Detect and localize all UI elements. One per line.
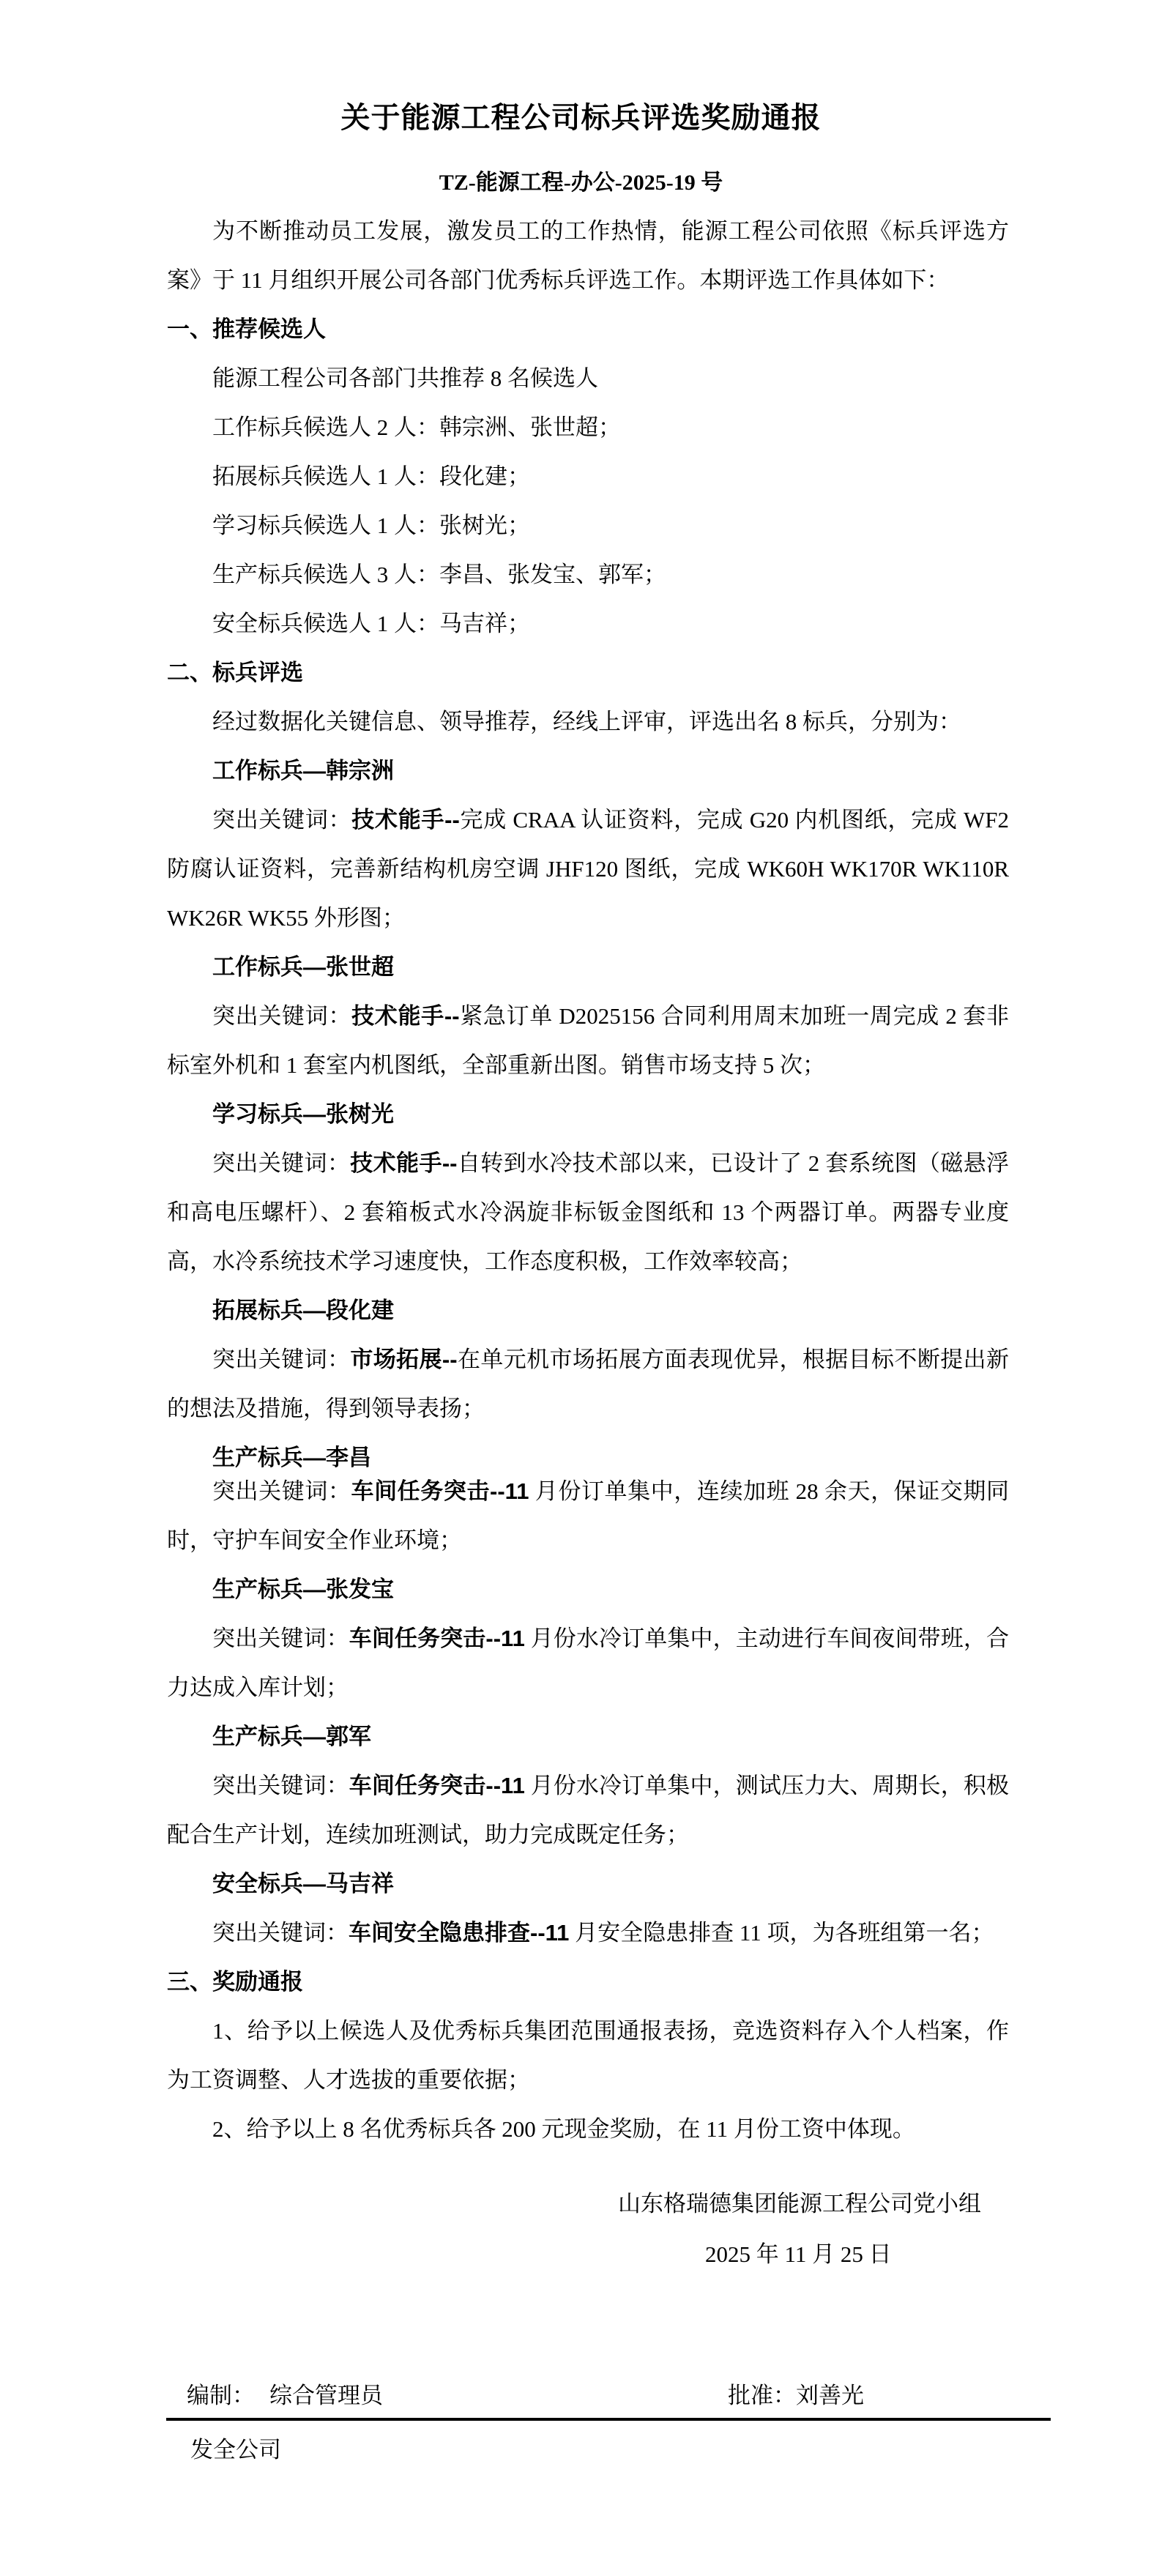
reward-item: 2、给予以上 8 名优秀标兵各 200 元现金奖励，在 11 月份工资中体现。 bbox=[167, 2104, 1009, 2154]
approved-by-name: 刘善光 bbox=[796, 2383, 864, 2408]
approved-by-label: 批准： bbox=[728, 2383, 796, 2408]
keyword-bold: 车间任务突击--11 bbox=[349, 1773, 525, 1798]
candidate-item: 生产标兵候选人 3 人：李昌、张发宝、郭军； bbox=[167, 550, 1009, 599]
prepared-by-name: 综合管理员 bbox=[269, 2381, 383, 2411]
intro-paragraph: 为不断推动员工发展，激发员工的工作热情，能源工程公司依照《标兵评选方案》于 11… bbox=[167, 206, 1009, 305]
awardee-heading: 生产标兵—张发宝 bbox=[167, 1565, 1009, 1614]
awardee-keywords: 突出关键词：市场拓展--在单元机市场拓展方面表现优异，根据目标不断提出新的想法及… bbox=[167, 1335, 1009, 1433]
awardee-keywords: 突出关键词：车间任务突击--11 月份水冷订单集中，测试压力大、周期长，积极配合… bbox=[167, 1761, 1009, 1859]
document-page: 关于能源工程公司标兵评选奖励通报 TZ-能源工程-办公-2025-19 号 为不… bbox=[0, 0, 1162, 2576]
awardee-heading: 生产标兵—郭军 bbox=[167, 1712, 1009, 1761]
keyword-bold: 技术能手-- bbox=[351, 1003, 459, 1029]
footer-divider bbox=[166, 2418, 1051, 2421]
awardee-heading: 工作标兵—韩宗洲 bbox=[167, 746, 1009, 795]
section-3-heading: 三、奖励通报 bbox=[167, 1957, 1009, 2006]
approved-by: 批准：刘善光 bbox=[728, 2381, 864, 2411]
awardee-keywords: 突出关键词：技术能手--完成 CRAA 认证资料，完成 G20 内机图纸，完成 … bbox=[167, 795, 1009, 942]
keyword-lead: 突出关键词： bbox=[212, 1478, 351, 1504]
keyword-lead: 突出关键词： bbox=[212, 807, 351, 833]
document-body: 为不断推动员工发展，激发员工的工作热情，能源工程公司依照《标兵评选方案》于 11… bbox=[167, 206, 1009, 2154]
keyword-lead: 突出关键词： bbox=[212, 1150, 350, 1176]
awardee-heading: 安全标兵—马吉祥 bbox=[167, 1859, 1009, 1908]
candidate-item: 工作标兵候选人 2 人：韩宗洲、张世超； bbox=[167, 403, 1009, 452]
keyword-detail: 月安全隐患排查 11 项，为各班组第一名； bbox=[569, 1920, 994, 1946]
keyword-bold: 车间任务突击--11 bbox=[351, 1478, 529, 1504]
keyword-bold: 车间安全隐患排查--11 bbox=[349, 1920, 569, 1946]
signature-date: 2025 年 11 月 25 日 bbox=[705, 2238, 892, 2271]
awardee-keywords: 突出关键词：车间任务突击--11 月份订单集中，连续加班 28 余天，保证交期同… bbox=[167, 1467, 1009, 1565]
awardee-keywords: 突出关键词：车间任务突击--11 月份水冷订单集中，主动进行车间夜间带班，合力达… bbox=[167, 1614, 1009, 1712]
section-2-heading: 二、标兵评选 bbox=[167, 648, 1009, 697]
document-number: TZ-能源工程-办公-2025-19 号 bbox=[0, 167, 1162, 199]
candidate-item: 安全标兵候选人 1 人：马吉祥； bbox=[167, 599, 1009, 648]
awardee-heading: 学习标兵—张树光 bbox=[167, 1090, 1009, 1139]
signature-organization: 山东格瑞德集团能源工程公司党小组 bbox=[618, 2188, 981, 2220]
prepared-by-label: 编制： bbox=[187, 2381, 255, 2411]
keyword-bold: 技术能手-- bbox=[350, 1150, 457, 1176]
keyword-lead: 突出关键词： bbox=[212, 1920, 349, 1946]
keyword-lead: 突出关键词： bbox=[212, 1347, 350, 1372]
keyword-bold: 技术能手-- bbox=[351, 807, 460, 833]
awardee-keywords: 突出关键词：技术能手--自转到水冷技术部以来，已设计了 2 套系统图（磁悬浮和高… bbox=[167, 1139, 1009, 1286]
keyword-bold: 市场拓展-- bbox=[350, 1347, 457, 1372]
candidate-item: 能源工程公司各部门共推荐 8 名候选人 bbox=[167, 354, 1009, 403]
reward-item: 1、给予以上候选人及优秀标兵集团范围通报表扬，竞选资料存入个人档案，作为工资调整… bbox=[167, 2006, 1009, 2104]
candidate-item: 学习标兵候选人 1 人：张树光； bbox=[167, 501, 1009, 550]
keyword-lead: 突出关键词： bbox=[212, 1003, 351, 1029]
distribution-note: 发全公司 bbox=[190, 2435, 281, 2465]
keyword-bold: 车间任务突击--11 bbox=[349, 1626, 525, 1651]
document-title: 关于能源工程公司标兵评选奖励通报 bbox=[0, 100, 1162, 135]
keyword-lead: 突出关键词： bbox=[212, 1773, 349, 1798]
candidate-item: 拓展标兵候选人 1 人：段化建； bbox=[167, 452, 1009, 501]
awardee-keywords: 突出关键词：车间安全隐患排查--11 月安全隐患排查 11 项，为各班组第一名； bbox=[167, 1908, 1009, 1957]
awardee-keywords: 突出关键词：技术能手--紧急订单 D2025156 合同利用周末加班一周完成 2… bbox=[167, 991, 1009, 1090]
section-1-heading: 一、推荐候选人 bbox=[167, 305, 1009, 354]
section-2-intro: 经过数据化关键信息、领导推荐，经线上评审，评选出名 8 标兵，分别为： bbox=[167, 697, 1009, 746]
keyword-lead: 突出关键词： bbox=[212, 1626, 349, 1651]
awardee-heading: 拓展标兵—段化建 bbox=[167, 1286, 1009, 1335]
awardee-heading: 工作标兵—张世超 bbox=[167, 942, 1009, 991]
